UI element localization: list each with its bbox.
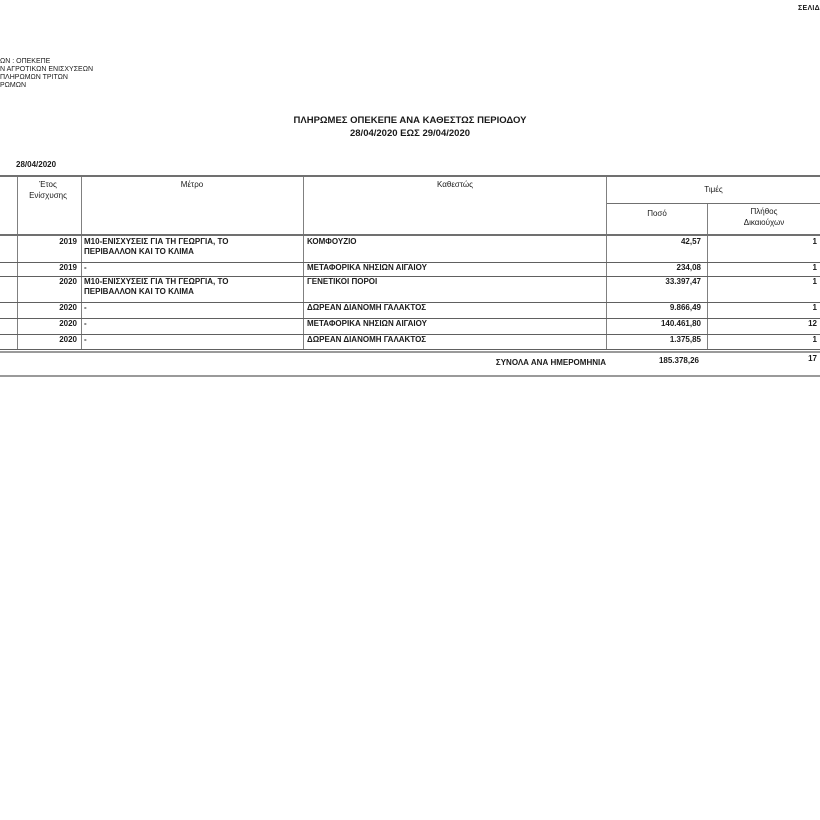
column-divider bbox=[81, 276, 82, 302]
cell-measure: Μ10-ΕΝΙΣΧΥΣΕΙΣ ΓΙΑ ΤΗ ΓΕΩΡΓΙΑ, ΤΟΠΕΡΙΒΑΛ… bbox=[84, 237, 300, 257]
report-date: 28/04/2020 bbox=[16, 160, 56, 169]
values-subheader-line bbox=[606, 203, 820, 204]
table-row: 2020-ΜΕΤΑΦΟΡΙΚΑ ΝΗΣΙΩΝ ΑΙΓΑΙΟΥ140.461,80… bbox=[0, 318, 820, 334]
cell-measure: - bbox=[84, 319, 300, 329]
totals-amount: 185.378,26 bbox=[606, 356, 699, 365]
column-divider bbox=[303, 318, 304, 334]
cell-year: 2020 bbox=[17, 335, 77, 345]
cell-count: 1 bbox=[707, 303, 817, 313]
cell-count: 1 bbox=[707, 237, 817, 247]
totals-row: ΣΥΝΟΛΑ ΑΝΑ ΗΜΕΡΟΜΗΝΙΑ185.378,2617 bbox=[0, 353, 820, 373]
column-divider bbox=[707, 318, 708, 334]
column-divider bbox=[303, 334, 304, 349]
column-divider bbox=[303, 236, 304, 262]
cell-scheme: ΜΕΤΑΦΟΡΙΚΑ ΝΗΣΙΩΝ ΑΙΓΑΙΟΥ bbox=[307, 263, 602, 273]
column-divider bbox=[606, 318, 607, 334]
column-divider bbox=[606, 276, 607, 302]
header-values: Τιμές bbox=[607, 184, 820, 195]
column-divider bbox=[606, 262, 607, 276]
table-top-border bbox=[0, 175, 820, 177]
cell-scheme: ΔΩΡΕΑΝ ΔΙΑΝΟΜΗ ΓΑΛΑΚΤΟΣ bbox=[307, 335, 602, 345]
cell-amount: 234,08 bbox=[606, 263, 701, 273]
column-divider bbox=[81, 318, 82, 334]
row-border bbox=[0, 276, 820, 277]
cell-measure: Μ10-ΕΝΙΣΧΥΣΕΙΣ ΓΙΑ ΤΗ ΓΕΩΡΓΙΑ, ΤΟΠΕΡΙΒΑΛ… bbox=[84, 277, 300, 297]
column-divider bbox=[17, 318, 18, 334]
column-divider bbox=[17, 276, 18, 302]
cell-count: 1 bbox=[707, 335, 817, 345]
cell-measure: - bbox=[84, 335, 300, 345]
column-divider bbox=[81, 177, 82, 234]
cell-scheme: ΚΟΜΦΟΥΖΙΟ bbox=[307, 237, 602, 247]
totals-label: ΣΥΝΟΛΑ ΑΝΑ ΗΜΕΡΟΜΗΝΙΑ bbox=[303, 358, 606, 367]
totals-bottom-border bbox=[0, 375, 820, 377]
cell-count: 12 bbox=[707, 319, 817, 329]
org-line: ΠΛΗΡΩΜΩΝ ΤΡΙΤΩΝ bbox=[0, 74, 93, 82]
table-row: 2020Μ10-ΕΝΙΣΧΥΣΕΙΣ ΓΙΑ ΤΗ ΓΕΩΡΓΙΑ, ΤΟΠΕΡ… bbox=[0, 276, 820, 302]
cell-year: 2019 bbox=[17, 263, 77, 273]
cell-amount: 9.866,49 bbox=[606, 303, 701, 313]
column-divider bbox=[81, 302, 82, 318]
organization-header: ΩΝ : ΟΠΕΚΕΠΕ Ν ΑΓΡΟΤΙΚΩΝ ΕΝΙΣΧΥΣΕΩΝ ΠΛΗΡ… bbox=[0, 58, 93, 90]
table-row: 2020-ΔΩΡΕΑΝ ΔΙΑΝΟΜΗ ΓΑΛΑΚΤΟΣ9.866,491 bbox=[0, 302, 820, 318]
cell-measure: - bbox=[84, 263, 300, 273]
cell-scheme: ΔΩΡΕΑΝ ΔΙΑΝΟΜΗ ΓΑΛΑΚΤΟΣ bbox=[307, 303, 602, 313]
column-divider bbox=[707, 302, 708, 318]
cell-year: 2020 bbox=[17, 303, 77, 313]
header-bottom-border bbox=[0, 234, 820, 236]
cell-amount: 33.397,47 bbox=[606, 277, 701, 287]
cell-amount: 1.375,85 bbox=[606, 335, 701, 345]
header-scheme: Καθεστώς bbox=[304, 179, 606, 190]
column-divider bbox=[707, 276, 708, 302]
report-title: ΠΛΗΡΩΜΕΣ ΟΠΕΚΕΠΕ ΑΝΑ ΚΑΘΕΣΤΩΣ ΠΕΡΙΟΔΟΥ bbox=[0, 114, 820, 127]
cell-scheme: ΓΕΝΕΤΙΚΟΙ ΠΟΡΟΙ bbox=[307, 277, 602, 287]
header-year: Έτος Ενίσχυσης bbox=[18, 179, 78, 201]
org-line: Ν ΑΓΡΟΤΙΚΩΝ ΕΝΙΣΧΥΣΕΩΝ bbox=[0, 66, 93, 74]
cell-count: 1 bbox=[707, 277, 817, 287]
column-divider bbox=[81, 334, 82, 349]
column-divider bbox=[707, 236, 708, 262]
header-count: Πλήθος Δικαιούχων bbox=[708, 206, 820, 228]
row-border bbox=[0, 302, 820, 303]
org-line: ΩΝ : ΟΠΕΚΕΠΕ bbox=[0, 58, 93, 66]
column-divider bbox=[17, 334, 18, 349]
column-divider bbox=[606, 236, 607, 262]
column-divider bbox=[81, 236, 82, 262]
column-divider bbox=[17, 302, 18, 318]
column-divider bbox=[707, 262, 708, 276]
column-divider bbox=[606, 302, 607, 318]
column-divider bbox=[17, 236, 18, 262]
report-title-block: ΠΛΗΡΩΜΕΣ ΟΠΕΚΕΠΕ ΑΝΑ ΚΑΘΕΣΤΩΣ ΠΕΡΙΟΔΟΥ 2… bbox=[0, 114, 820, 140]
cell-count: 1 bbox=[707, 263, 817, 273]
cell-year: 2019 bbox=[17, 237, 77, 247]
row-border bbox=[0, 334, 820, 335]
cell-amount: 42,57 bbox=[606, 237, 701, 247]
column-divider bbox=[707, 204, 708, 234]
column-divider bbox=[81, 262, 82, 276]
row-border bbox=[0, 262, 820, 263]
column-divider bbox=[17, 177, 18, 234]
column-divider bbox=[303, 177, 304, 234]
report-period: 28/04/2020 ΕΩΣ 29/04/2020 bbox=[0, 127, 820, 140]
row-border bbox=[0, 318, 820, 319]
column-divider bbox=[707, 334, 708, 349]
cell-amount: 140.461,80 bbox=[606, 319, 701, 329]
table-row: 2020-ΔΩΡΕΑΝ ΔΙΑΝΟΜΗ ΓΑΛΑΚΤΟΣ1.375,851 bbox=[0, 334, 820, 349]
column-divider bbox=[303, 262, 304, 276]
row-border bbox=[0, 349, 820, 350]
page-number-label: ΣΕΛΙΔ bbox=[798, 5, 820, 12]
header-amount: Ποσό bbox=[607, 208, 707, 219]
cell-year: 2020 bbox=[17, 277, 77, 287]
cell-measure: - bbox=[84, 303, 300, 313]
org-line: ΡΩΜΩΝ bbox=[0, 82, 93, 90]
column-divider bbox=[17, 262, 18, 276]
table-row: 2019Μ10-ΕΝΙΣΧΥΣΕΙΣ ΓΙΑ ΤΗ ΓΕΩΡΓΙΑ, ΤΟΠΕΡ… bbox=[0, 236, 820, 262]
table-row: 2019-ΜΕΤΑΦΟΡΙΚΑ ΝΗΣΙΩΝ ΑΙΓΑΙΟΥ234,081 bbox=[0, 262, 820, 276]
totals-count: 17 bbox=[707, 354, 817, 363]
column-divider bbox=[606, 334, 607, 349]
column-divider bbox=[606, 177, 607, 234]
header-measure: Μέτρο bbox=[82, 179, 302, 190]
column-divider bbox=[303, 302, 304, 318]
cell-scheme: ΜΕΤΑΦΟΡΙΚΑ ΝΗΣΙΩΝ ΑΙΓΑΙΟΥ bbox=[307, 319, 602, 329]
column-divider bbox=[303, 276, 304, 302]
cell-year: 2020 bbox=[17, 319, 77, 329]
